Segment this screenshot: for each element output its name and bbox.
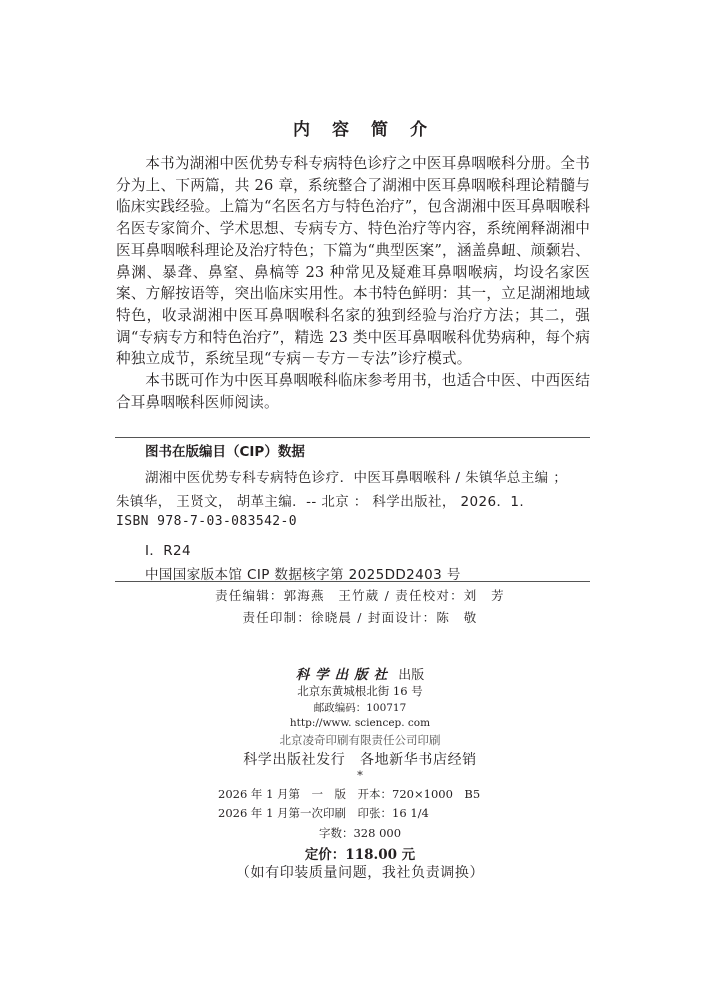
distribution-line: 科学出版社发行 各地新华书店经销 [0,749,720,769]
cip-heading: 图书在版编目（CIP）数据 [145,440,305,460]
title-char: 内 [293,115,310,140]
title-char: 容 [332,115,349,140]
staff-editors: 责任编辑：郭海燕 王竹葳 / 责任校对：刘 芳 [0,586,720,604]
summary-paragraph: 本书为湖湘中医优势专科专病特色诊疗之中医耳鼻咽喉科分册。全书分为上、下两篇，共 … [116,153,590,370]
printer-line: 北京凌奇印刷有限责任公司印刷 [0,732,720,748]
separator-asterisk: * [0,768,720,782]
title-char: 介 [410,115,427,140]
summary-text: 本书为湖湘中医优势专科专病特色诊疗之中医耳鼻咽喉科分册。全书分为上、下两篇，共 … [116,153,590,413]
cip-verification: 中国国家版本馆 CIP 数据核字第 2025DD2403 号 [145,563,461,583]
cip-top-rule [115,437,590,438]
cip-bottom-rule [115,581,590,582]
cip-isbn: ISBN 978-7-03-083542-0 [116,514,297,529]
cip-title-line: 湖湘中医优势专科专病特色诊疗．中医耳鼻咽喉科 / 朱镇华总主编 ； [145,466,567,486]
printing-line: 2026 年 1 月第一次印刷 印张：16 1/4 [218,805,429,821]
summary-paragraph: 本书既可作为中医耳鼻咽喉科临床参考用书，也适合中医、中西医结合耳鼻咽喉科医师阅读… [116,370,590,413]
publisher-line: 科学出版社 出版 [0,663,720,683]
publisher-logo: 科学出版社 [296,667,394,683]
edition-line: 2026 年 1 月第 一 版 开本：720×1000 B5 [218,786,480,802]
price: 定价：118.00 元 [0,843,720,863]
quality-notice: （如有印装质量问题，我社负责调换） [0,862,720,882]
publisher-suffix: 出版 [398,668,424,683]
page-title: 内容简介 [0,115,720,140]
word-count: 字数：328 000 [0,825,720,841]
publisher-postcode: 邮政编码：100717 [0,700,720,715]
cip-classification: Ⅰ．R24 [145,539,191,559]
publisher-website: http://www. sciencep. com [0,717,720,729]
staff-production: 责任印制：徐晓晨 / 封面设计：陈 敬 [0,608,720,626]
cip-authors-line: 朱镇华， 王贤文， 胡革主编．-- 北京 ： 科学出版社， 2026．1. [116,490,524,510]
publisher-address: 北京东黄城根北街 16 号 [0,683,720,699]
title-char: 简 [371,115,388,140]
